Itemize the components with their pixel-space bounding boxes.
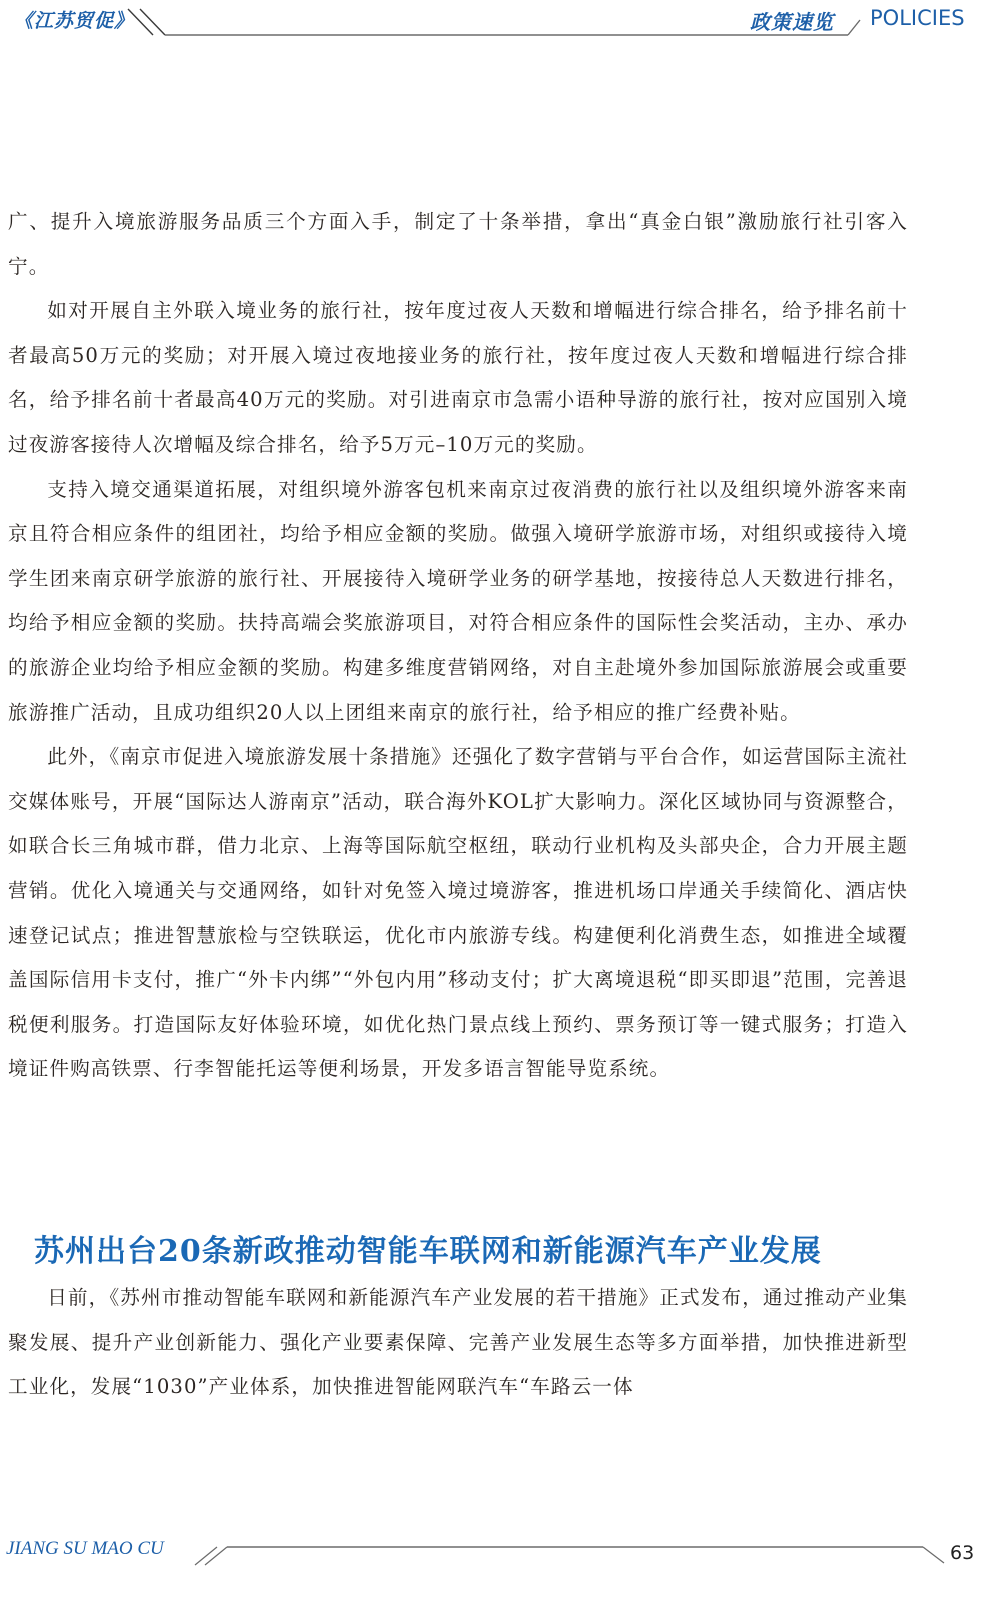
header-rule-decoration — [0, 0, 1000, 50]
paragraph: 此外，《南京市促进入境旅游发展十条措施》还强化了数字营销与平台合作，如运营国际主… — [8, 735, 908, 1092]
section-title-en: POLICIES — [870, 6, 965, 30]
paragraph: 如对开展自主外联入境业务的旅行社，按年度过夜人天数和增幅进行综合排名，给予排名前… — [8, 289, 908, 467]
article-nanjing-tourism: 广、提升入境旅游服务品质三个方面入手，制定了十条举措，拿出“真金白银”激励旅行社… — [8, 200, 908, 1092]
paragraph: 日前，《苏州市推动智能车联网和新能源汽车产业发展的若干措施》正式发布，通过推动产… — [8, 1276, 908, 1410]
magazine-title: 《江苏贸促》 — [14, 6, 134, 33]
paragraph: 支持入境交通渠道拓展，对组织境外游客包机来南京过夜消费的旅行社以及组织境外游客来… — [8, 468, 908, 736]
page-footer: JIANG SU MAO CU 63 — [0, 1530, 1000, 1598]
footer-magazine-name: JIANG SU MAO CU — [6, 1538, 164, 1560]
article-suzhou-vehicles: 苏州出台20条新政推动智能车联网和新能源汽车产业发展 日前，《苏州市推动智能车联… — [8, 1228, 908, 1410]
article-headline: 苏州出台20条新政推动智能车联网和新能源汽车产业发展 — [34, 1228, 908, 1276]
section-title-cn: 政策速览 — [750, 6, 834, 35]
page-header: 《江苏贸促》 政策速览 POLICIES — [0, 0, 1000, 50]
paragraph: 广、提升入境旅游服务品质三个方面入手，制定了十条举措，拿出“真金白银”激励旅行社… — [8, 200, 908, 289]
page-number: 63 — [950, 1542, 974, 1564]
